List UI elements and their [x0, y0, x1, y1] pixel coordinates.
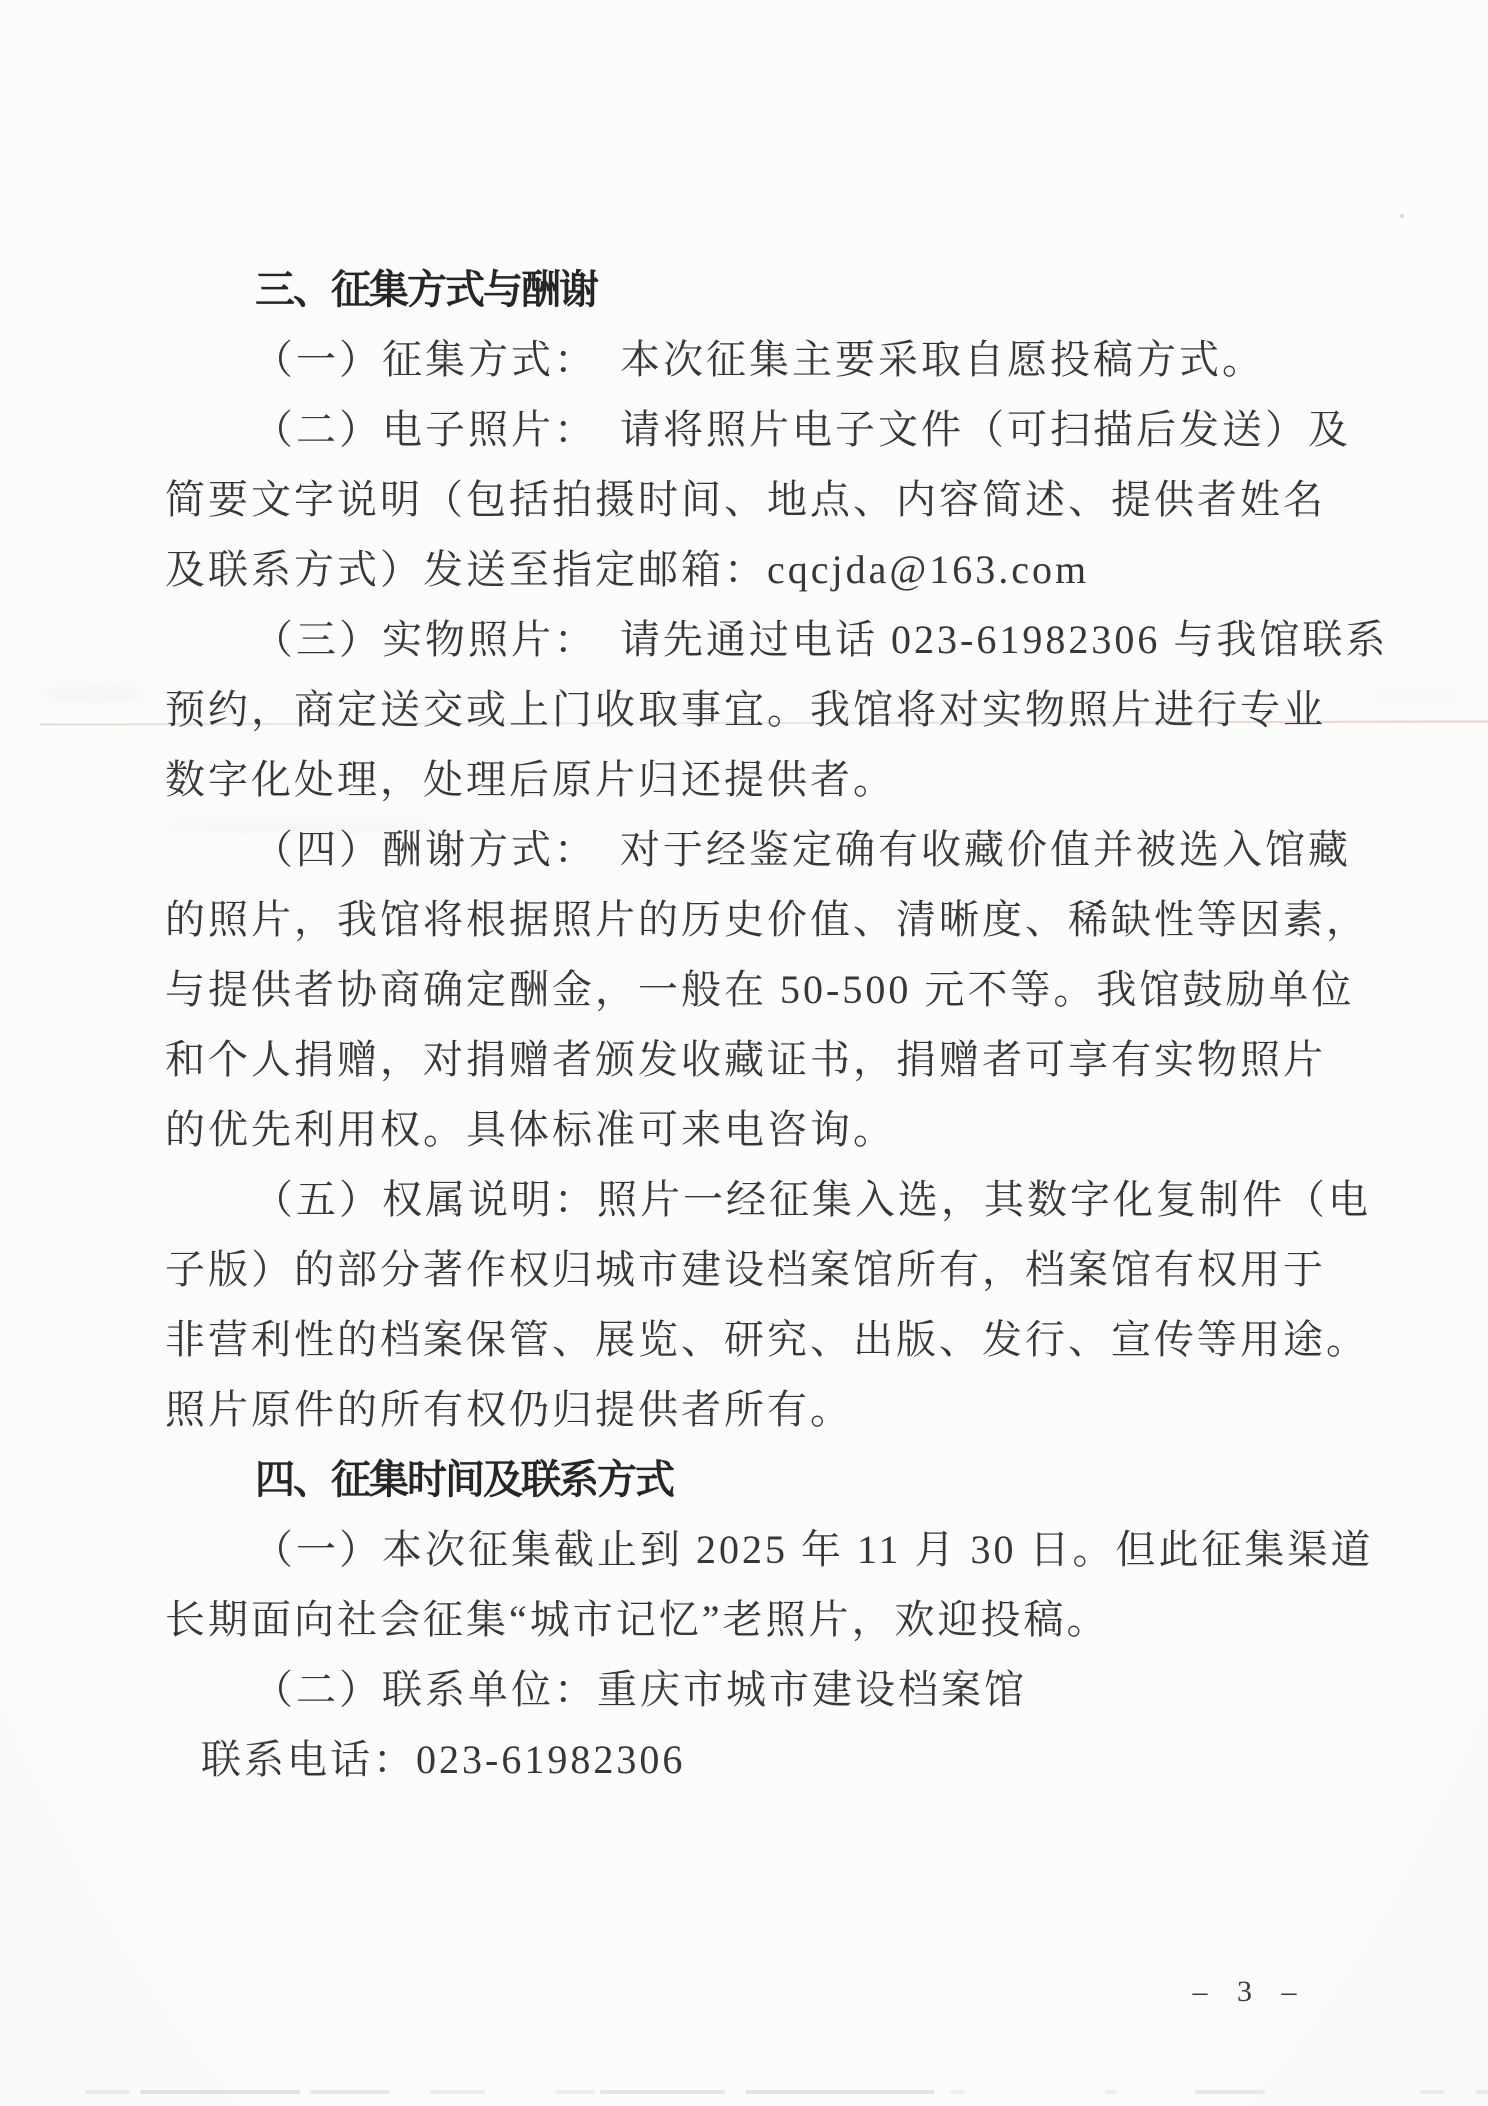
- scan-edge-segment: [1420, 2090, 1445, 2094]
- document-paragraph: （二）电子照片： 请将照片电子文件（可扫描后发送）及 简要文字说明（包括拍摄时间…: [165, 395, 1415, 605]
- document-body: 三、征集方式与酬谢（一）征集方式： 本次征集主要采取自愿投稿方式。（二）电子照片…: [165, 255, 1415, 1795]
- scan-edge-segment: [950, 2090, 965, 2094]
- scan-edge-segment: [600, 2090, 725, 2094]
- scan-edge-segment: [310, 2090, 390, 2094]
- document-paragraph: （四）酬谢方式： 对于经鉴定确有收藏价值并被选入馆藏 的照片，我馆将根据照片的历…: [165, 815, 1415, 1165]
- document-paragraph: （二）联系单位：重庆市城市建设档案馆: [165, 1655, 1415, 1725]
- document-paragraph: （一）本次征集截止到 2025 年 11 月 30 日。但此征集渠道 长期面向社…: [165, 1515, 1415, 1655]
- document-paragraph: （五）权属说明：照片一经征集入选，其数字化复制件（电 子版）的部分著作权归城市建…: [165, 1165, 1415, 1445]
- scan-edge-segment: [140, 2090, 300, 2094]
- page-number: – 3 –: [1145, 1975, 1355, 2009]
- scan-edge-segment: [555, 2090, 595, 2094]
- section-heading-2: 四、征集时间及联系方式: [165, 1445, 1415, 1515]
- scan-speck: [1400, 214, 1404, 218]
- document-paragraph: 联系电话：023-61982306: [165, 1725, 1415, 1795]
- scanned-document-page: 三、征集方式与酬谢（一）征集方式： 本次征集主要采取自愿投稿方式。（二）电子照片…: [0, 0, 1488, 2106]
- scan-edge-segment: [1105, 2090, 1117, 2094]
- section-heading-1: 三、征集方式与酬谢: [165, 255, 1415, 325]
- document-paragraph: （一）征集方式： 本次征集主要采取自愿投稿方式。: [165, 325, 1415, 395]
- document-paragraph: （三）实物照片： 请先通过电话 023-61982306 与我馆联系 预约，商定…: [165, 605, 1415, 815]
- scan-edge-segment: [430, 2090, 485, 2094]
- scan-smudge: [40, 686, 150, 702]
- scan-edge-segment: [1195, 2090, 1265, 2094]
- scan-edge-segment: [1476, 2090, 1488, 2094]
- scan-edge-segment: [745, 2090, 935, 2094]
- scan-edge-segment: [85, 2090, 130, 2094]
